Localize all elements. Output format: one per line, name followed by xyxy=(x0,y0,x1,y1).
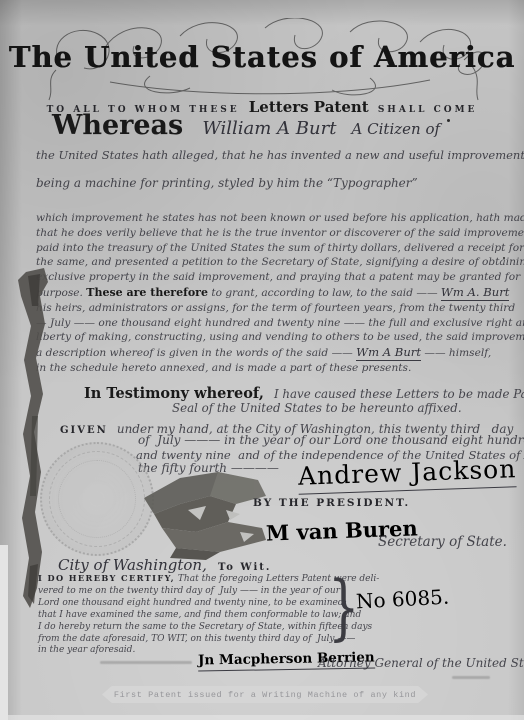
therefore-lead: These are therefore xyxy=(86,286,208,299)
preamble-line: the United States hath alleged, that he … xyxy=(36,148,524,162)
testimony-text: I have caused these Letters to be made P… xyxy=(274,387,524,401)
certificate-brace: } xyxy=(328,570,360,646)
therefore-line: purpose. These are therefore to grant, a… xyxy=(36,285,524,301)
patent-number: No 6085. xyxy=(355,585,449,614)
ribbon-bow-graphic xyxy=(140,470,272,562)
president-signature-text: Andrew Jackson xyxy=(298,454,517,495)
fine-print-smudge xyxy=(452,676,490,679)
by-the-president-label: BY THE PRESIDENT. xyxy=(253,497,410,509)
body-line: exclusive property in the said improveme… xyxy=(36,270,524,285)
invention-line: being a machine for printing, styled by … xyxy=(36,176,418,190)
whereas-lead: Whereas xyxy=(52,110,183,141)
body-line: liberty of making, constructing, using a… xyxy=(36,330,524,345)
body-line: paid into the treasury of the United Sta… xyxy=(36,241,524,256)
body-line: in the schedule hereto annexed, and is m… xyxy=(36,361,524,376)
testimony-text: Seal of the United States to be hereunto… xyxy=(172,401,462,415)
testimony-line: In Testimony whereof, I have caused thes… xyxy=(84,383,524,402)
testimony-lead: In Testimony whereof, xyxy=(84,385,264,402)
body-line: that he does verily believe that he is t… xyxy=(36,226,524,241)
document-title: The United States of America xyxy=(0,40,524,74)
certificate-to-wit: To Wit. xyxy=(218,562,271,573)
whereas-line: Whereas William A Burt A Citizen of xyxy=(52,110,440,141)
attorney-title: Attorney General of the United States xyxy=(318,656,524,670)
grant-paragraph: which improvement he states has not been… xyxy=(36,211,524,376)
photo-edge xyxy=(0,545,8,720)
patent-document: The United States of America TO ALL TO W… xyxy=(0,0,524,720)
body-line: his heirs, administrators or assigns, fo… xyxy=(36,301,524,316)
description-suffix: —— himself, xyxy=(424,347,491,359)
certificate-lead: I DO HEREBY CERTIFY, xyxy=(38,573,175,583)
body-line: — July —— one thousand eight hundred and… xyxy=(36,316,524,331)
caption-banner: First Patent issued for a Writing Machin… xyxy=(102,686,428,703)
secretary-title: Secretary of State. xyxy=(378,534,507,550)
grantee-name-inline: Wm A. Burt xyxy=(441,285,510,301)
president-signature: Andrew Jackson xyxy=(298,454,517,491)
given-lead: GIVEN xyxy=(60,425,108,436)
ink-speck xyxy=(503,257,505,259)
certificate-place-line: City of Washington, To Wit. xyxy=(58,555,271,574)
body-line: which improvement he states has not been… xyxy=(36,211,524,226)
description-line: a description whereof is given in the wo… xyxy=(36,345,524,361)
photo-edge xyxy=(0,715,524,720)
ribbon-strip-graphic xyxy=(12,266,58,612)
ink-speck xyxy=(447,119,450,122)
body-line: the same, and presented a petition to th… xyxy=(36,255,524,270)
grantee-name: William A Burt xyxy=(202,118,336,139)
description-prefix: a description whereof is given in the wo… xyxy=(36,347,353,359)
grantee-suffix: A Citizen of xyxy=(352,120,441,138)
therefore-mid: to grant, according to law, to the said … xyxy=(211,287,437,299)
certificate-place: City of Washington, xyxy=(58,556,207,574)
given-text: of July ——— in the year of our Lord one … xyxy=(138,433,524,447)
fine-print-smudge xyxy=(100,661,192,664)
grantee-name-inline: Wm A Burt xyxy=(356,345,421,361)
